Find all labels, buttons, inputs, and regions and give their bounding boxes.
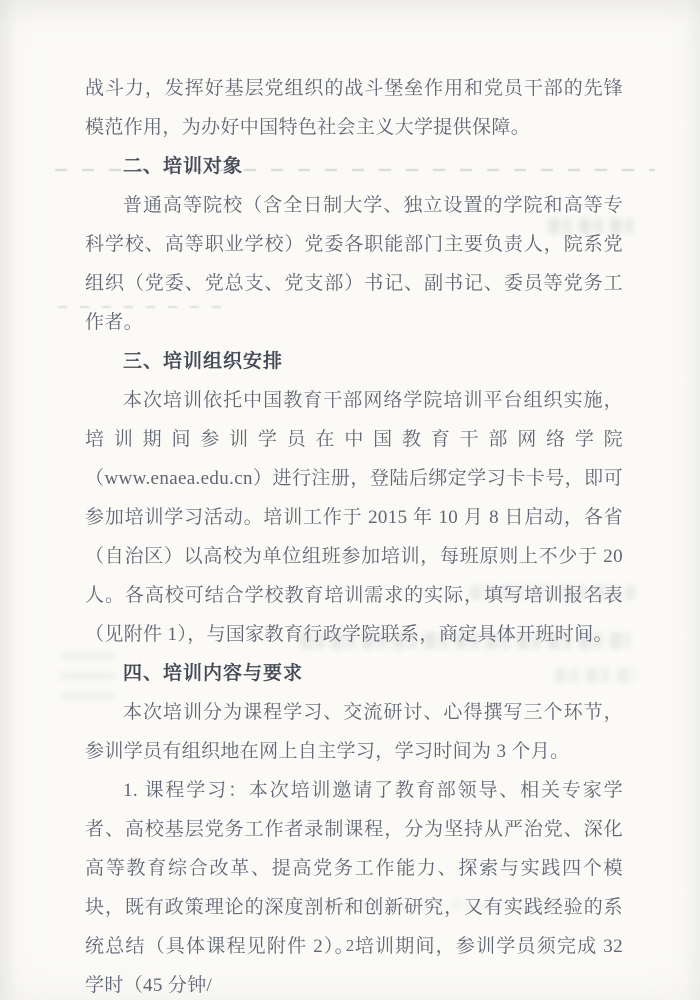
section-heading-training-content: 四、培训内容与要求 [85, 654, 623, 693]
paragraph-continuation: 战斗力，发挥好基层党组织的战斗堡垒作用和党员干部的先锋模范作用，为办好中国特色社… [85, 69, 623, 147]
page-number: 2 [0, 936, 700, 956]
section-heading-training-targets: 二、培训对象 [85, 147, 623, 186]
paragraph-training-phases: 本次培训分为课程学习、交流研讨、心得撰写三个环节，参训学员有组织地在网上自主学习… [85, 693, 623, 771]
document-body: 战斗力，发挥好基层党组织的战斗堡垒作用和党员干部的先锋模范作用，为办好中国特色社… [85, 69, 623, 1000]
paragraph-training-targets: 普通高等院校（含全日制大学、独立设置的学院和高等专科学校、高等职业学校）党委各职… [85, 186, 623, 342]
scanned-document-page: 战斗力，发挥好基层党组织的战斗堡垒作用和党员干部的先锋模范作用，为办好中国特色社… [0, 0, 700, 1000]
section-heading-training-organization: 三、培训组织安排 [85, 342, 623, 381]
paragraph-training-organization: 本次培训依托中国教育干部网络学院培训平台组织实施，培训期间参训学员在中国教育干部… [85, 381, 623, 654]
paragraph-course-study: 1. 课程学习：本次培训邀请了教育部领导、相关专家学者、高校基层党务工作者录制课… [85, 771, 623, 1000]
